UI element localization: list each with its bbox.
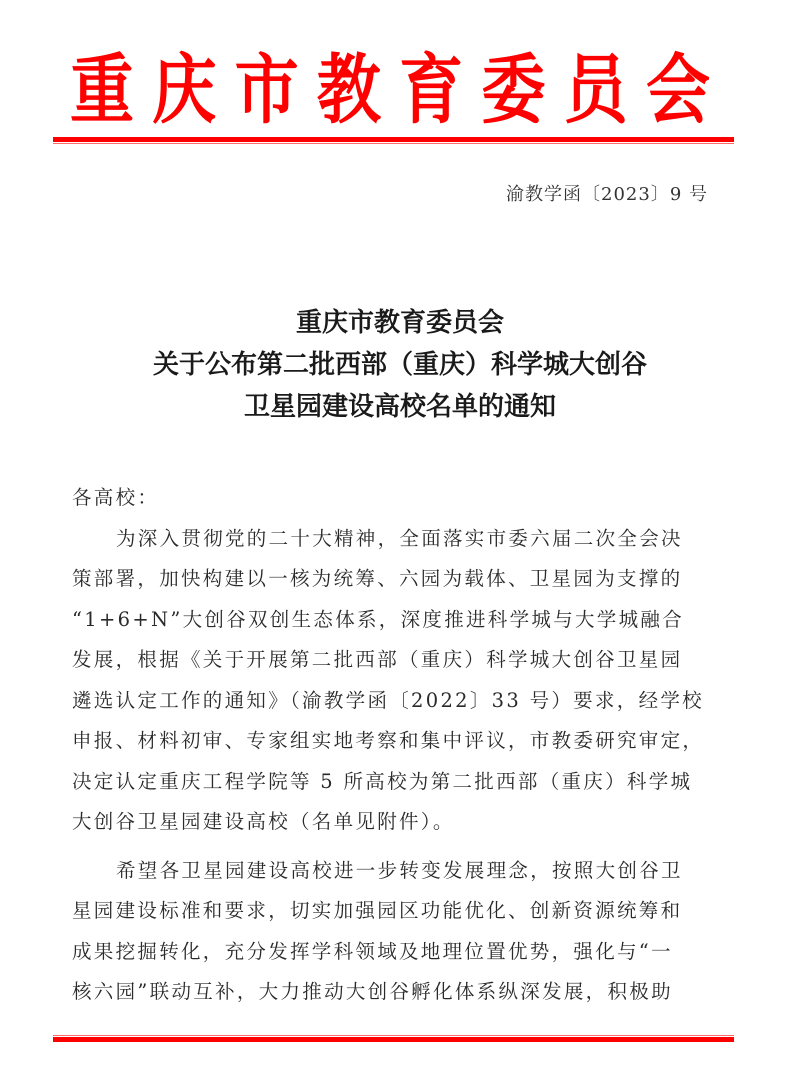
letterhead-char: 庆 [152, 53, 216, 129]
letterhead-red-rule [53, 137, 734, 144]
salutation: 各高校： [72, 478, 712, 519]
document-body: 各高校： 为深入贯彻党的二十大精神，全面落实市委六届二次全会决 策部署，加快构建… [72, 478, 712, 1013]
body-line: 星园建设标准和要求，切实加强园区功能优化、创新资源统筹和 [72, 891, 712, 932]
body-line: 申报、材料初审、专家组实地考察和集中评议，市教委研究审定， [72, 721, 712, 762]
letterhead-char: 育 [399, 53, 463, 129]
title-line: 关于公布第二批西部（重庆）科学城大创谷 [0, 344, 800, 386]
body-line: 决定认定重庆工程学院等 5 所高校为第二批西部（重庆）科学城 [72, 762, 712, 803]
letterhead-char: 教 [317, 53, 381, 129]
paragraph-spacer [72, 843, 712, 851]
letterhead-issuer: 重 庆 市 教 育 委 员 会 [70, 48, 710, 134]
paragraph-2: 希望各卫星园建设高校进一步转变发展理念，按照大创谷卫 星园建设标准和要求，切实加… [72, 851, 712, 1013]
letterhead-char: 重 [70, 53, 134, 129]
body-line: 核六园”联动互补，大力推动大创谷孵化体系纵深发展，积极助 [72, 972, 712, 1013]
letterhead-char: 委 [481, 53, 545, 129]
body-line: 成果挖掘转化，充分发挥学科领域及地理位置优势，强化与“一 [72, 932, 712, 973]
footer-red-rule [53, 1035, 734, 1042]
document-title: 重庆市教育委员会 关于公布第二批西部（重庆）科学城大创谷 卫星园建设高校名单的通… [0, 302, 800, 428]
body-line: 大创谷卫星园建设高校（名单见附件）。 [72, 802, 712, 843]
document-number: 渝教学函〔2023〕9 号 [506, 180, 708, 206]
body-line: 希望各卫星园建设高校进一步转变发展理念，按照大创谷卫 [72, 851, 712, 892]
paragraph-1: 为深入贯彻党的二十大精神，全面落实市委六届二次全会决 策部署，加快构建以一核为统… [72, 519, 712, 843]
body-line: 策部署，加快构建以一核为统筹、六园为载体、卫星园为支撑的 [72, 559, 712, 600]
title-line: 重庆市教育委员会 [0, 302, 800, 344]
body-line: 为深入贯彻党的二十大精神，全面落实市委六届二次全会决 [72, 519, 712, 560]
letterhead-char: 市 [235, 53, 299, 129]
body-line: “1+6+N”大创谷双创生态体系，深度推进科学城与大学城融合 [72, 600, 712, 641]
letterhead-char: 会 [646, 53, 710, 129]
letterhead-char: 员 [564, 53, 628, 129]
body-line: 遴选认定工作的通知》（渝教学函〔2022〕33 号）要求，经学校 [72, 681, 712, 722]
body-line: 发展，根据《关于开展第二批西部（重庆）科学城大创谷卫星园 [72, 640, 712, 681]
title-line: 卫星园建设高校名单的通知 [0, 386, 800, 428]
